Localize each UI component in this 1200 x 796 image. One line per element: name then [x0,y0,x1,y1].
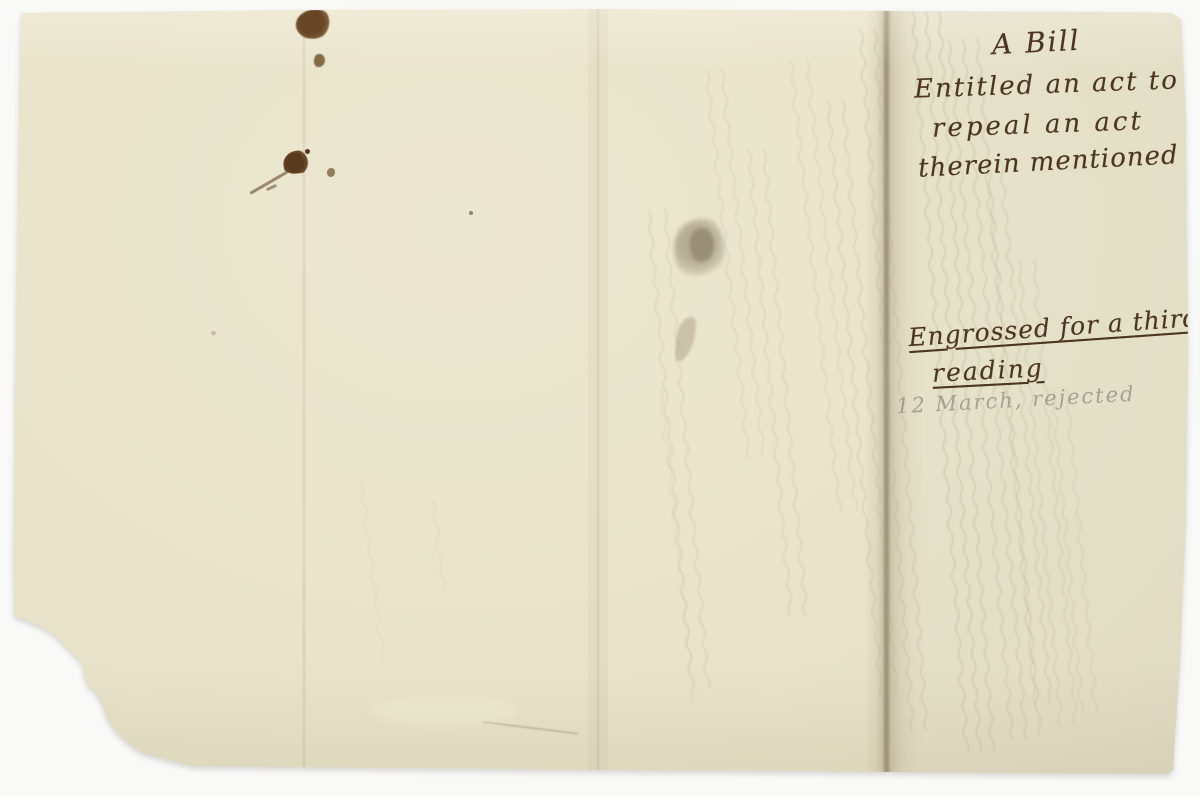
photo-background: A Bill Entitled an act to repeal an act … [0,0,1200,796]
docket-title-line-1: A Bill [991,24,1081,62]
endorsement-line-2: reading [931,353,1044,388]
manuscript-page: A Bill Entitled an act to repeal an act … [0,0,1200,796]
manuscript-page-wrapper: A Bill Entitled an act to repeal an act … [0,0,1200,796]
